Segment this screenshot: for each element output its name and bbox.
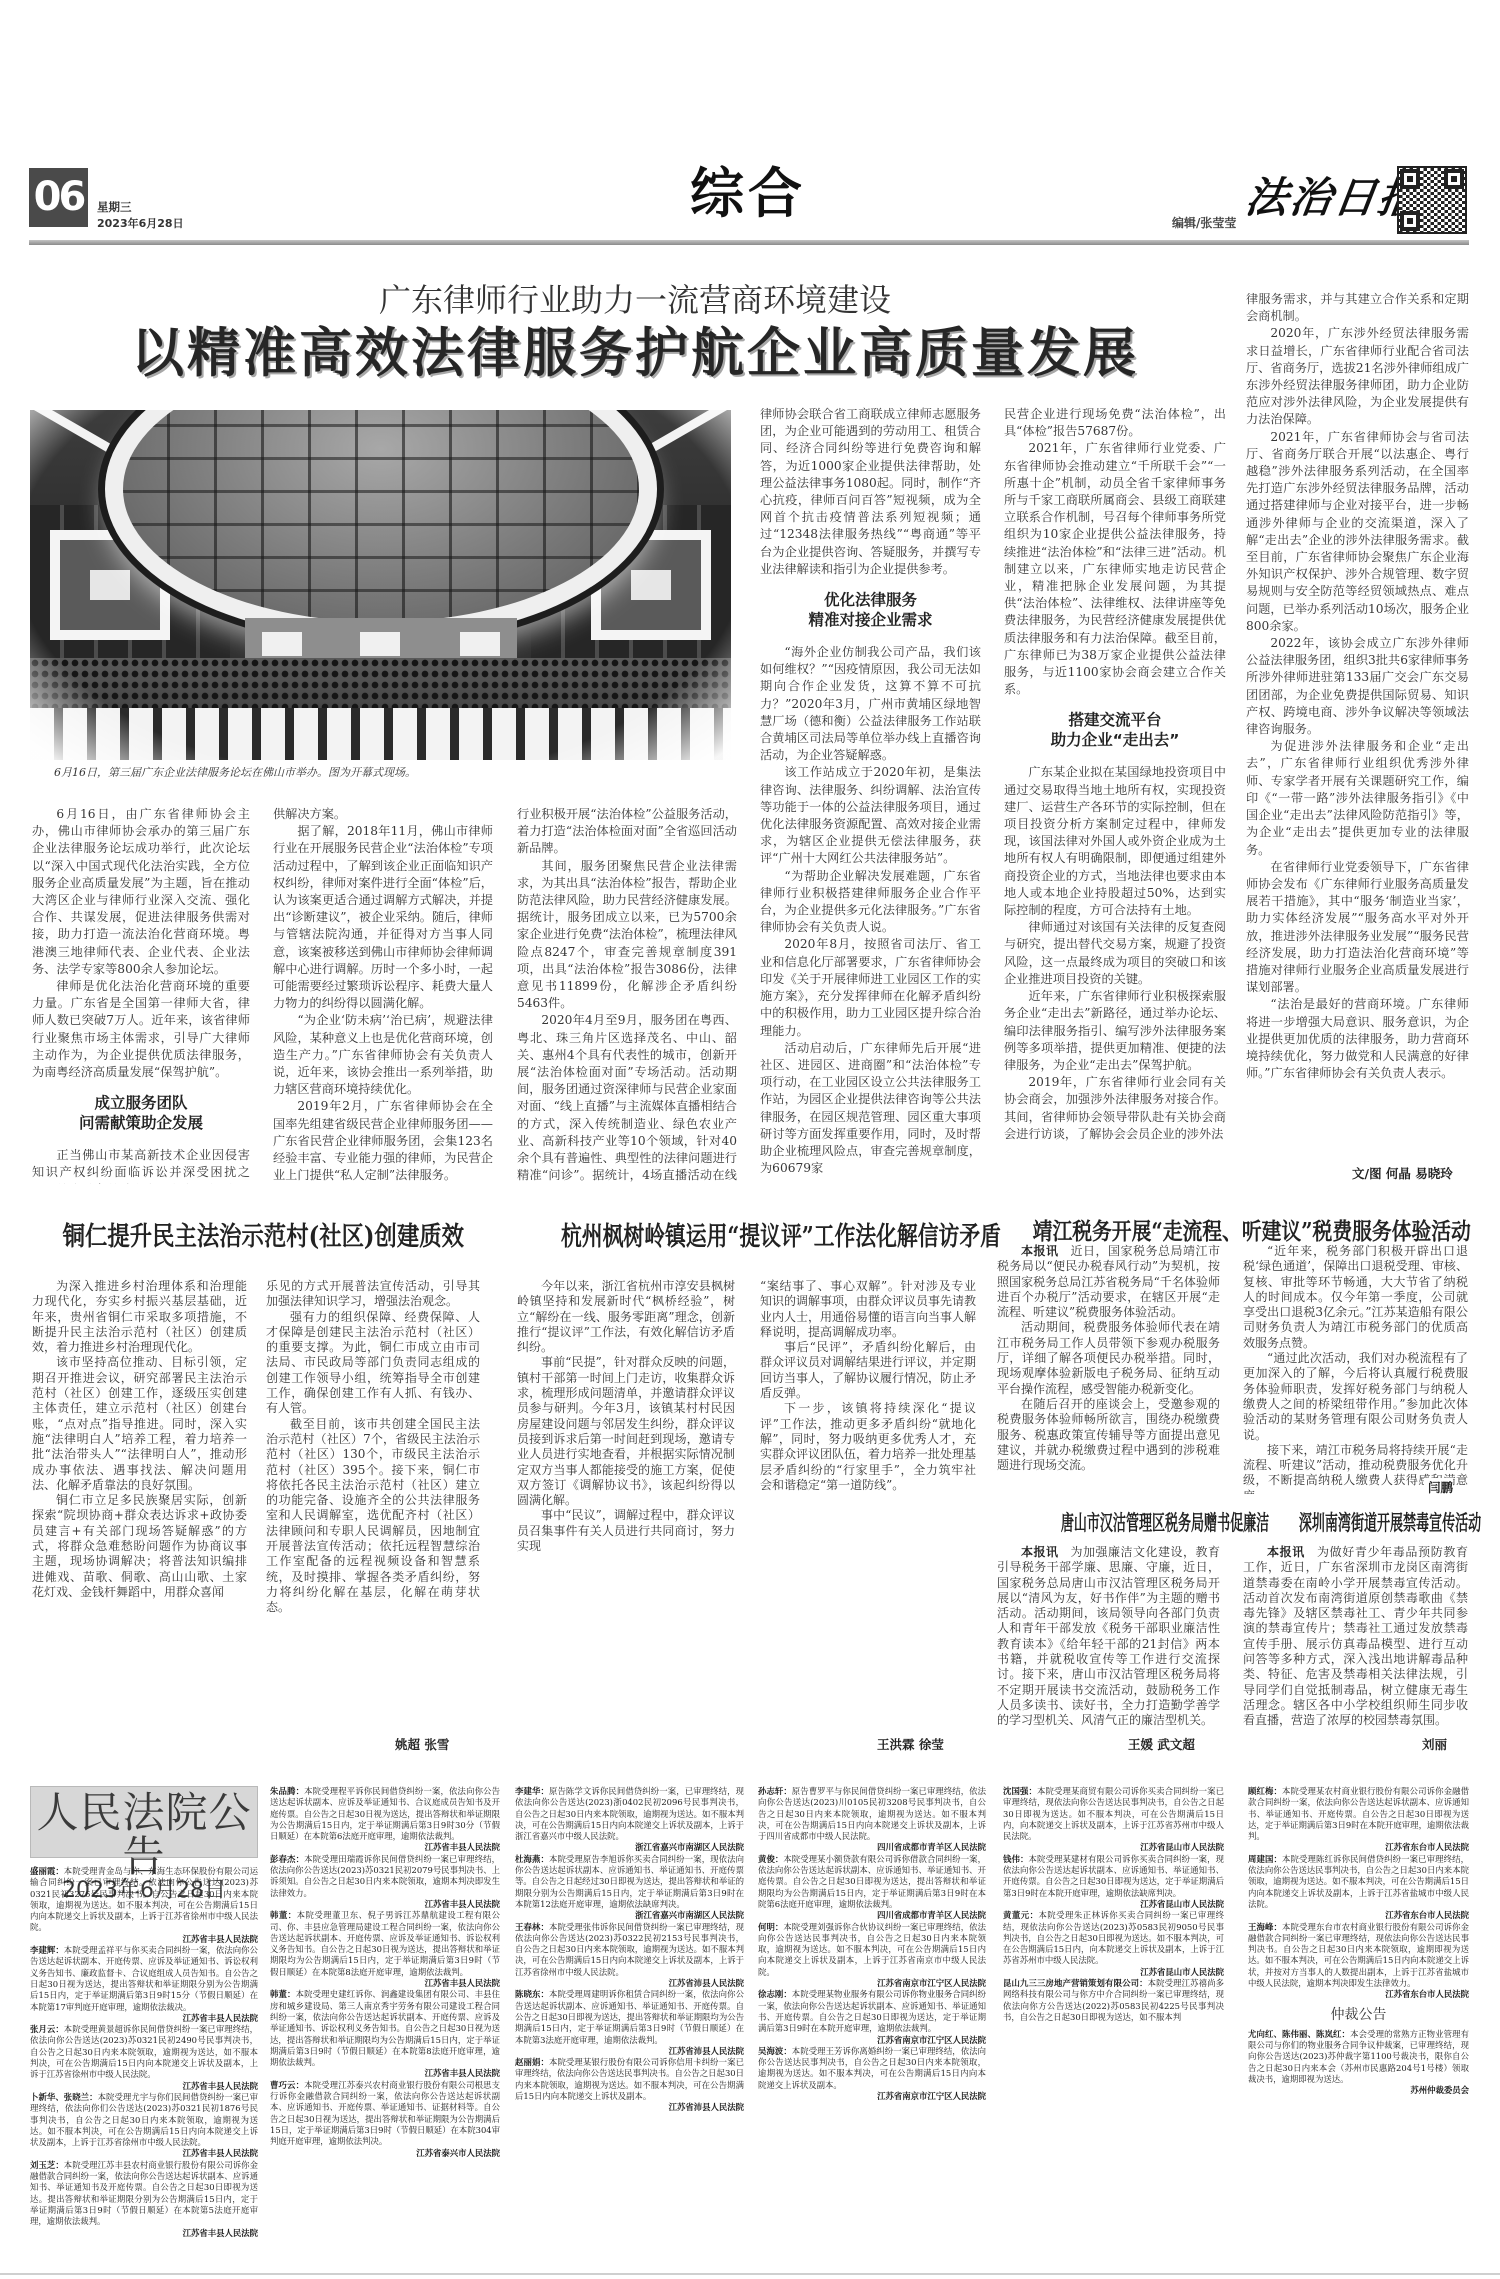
text-block: 事中“民议”，调解过程中，群众评议员召集事件有关人员进行共同商讨，努力实现 <box>517 1508 735 1554</box>
text-block: 行业积极开展“法治体检”公益服务活动，着力打造“法治体检面对面”全省巡回活动新品… <box>517 806 737 858</box>
text: 铜仁市立足多民族聚居实际，创新探索“院坝协商+群众表达诉求+政协委员建言+有关部… <box>32 1493 247 1599</box>
editor-credit: 编辑/张莹莹 <box>1172 214 1236 231</box>
notice-text: 本院受理东台市农村商业银行股份有限公司诉你金融借款合同纠纷一案已审理终结，现依法… <box>1248 1922 1469 1988</box>
issuing-court: 江苏省丰县人民法院 <box>270 1899 500 1910</box>
notice-party: 卜新华、张晓兰： <box>30 2092 98 2102</box>
issuing-court: 江苏省丰县人民法院 <box>270 1842 500 1853</box>
notice-text: 本院受理某建材有限公司诉你买卖合同纠纷一案，现依法向你公告送达起诉状副本、应诉通… <box>1003 1854 1224 1898</box>
court-notice: 韩董：本院受理史建红诉你、润鑫建设集团有限公司、丰县住房和城乡建设局、第三人南京… <box>270 1989 500 2079</box>
court-notice: 王海峰：本院受理东台市农村商业银行股份有限公司诉你金融借款合同纠纷一案已审理终结… <box>1248 1922 1469 2001</box>
notice-party: 朱品腾： <box>270 1786 304 1796</box>
notice-party: 曹巧云： <box>270 2080 304 2090</box>
notice-body: 尤向红、陈伟丽、陈岚红：本会受理的常熟方正物业管理有限公司与你们的物业服务合同争… <box>1248 2029 1469 2085</box>
text-block: “为帮助企业解决发展难题，广东省律师行业积极搭建律师服务企业合作平台，为企业提供… <box>760 868 981 937</box>
notice-party: 顾红梅： <box>1248 1786 1282 1796</box>
text: 2021年，广东省律师协会与省司法厅、省商务厅联合开展“以法惠企、粤行越稳”涉外… <box>1246 430 1469 633</box>
text-block: 2022年，该协会成立广东涉外律师公益法律服务团，组织3批共6家律师事务所涉外律… <box>1246 635 1469 738</box>
text: 律师协会联合省工商联成立律师志愿服务团，为企业可能遇到的劳动用工、租赁合同、经济… <box>760 407 981 576</box>
notice-party: 张月云： <box>30 2024 64 2034</box>
notice-column: 顾红梅：本院受理某农村商业银行股份有限公司诉你金融借款合同纠纷一案，依法向你公告… <box>1248 1786 1469 2236</box>
text: 事前“民提”，针对群众反映的问题，镇村干部第一时间上门走访，收集群众诉求，梳理形… <box>517 1355 735 1507</box>
issuing-court: 江苏省丰县人民法院 <box>30 2148 258 2159</box>
notice-body: 何明：本院受理刘强诉你合伙协议纠纷一案已审理终结，依法向你公告送达民事判决书，自… <box>758 1922 986 1978</box>
issuing-court: 江苏省丰县人民法院 <box>30 2228 258 2239</box>
notice-body: 黄董元：本院受理朱正林诉你买卖合同纠纷一案已审理终结，现依法向你公告送达(202… <box>1003 1910 1224 1966</box>
text: 活动启动后，广东律师先后开展“进社区、进园区、进商圈”和“法治体检”专项行动，在… <box>760 1041 981 1175</box>
notice-body: 韩董：本院受理史建红诉你、润鑫建设集团有限公司、丰县住房和城乡建设局、第三人南京… <box>270 1989 500 2068</box>
text: 律服务需求，并与其建立合作关系和定期会商机制。 <box>1246 292 1469 323</box>
text-block: “案结事了、事心双解”。针对涉及专业知识的调解事项，由群众评议员事先请教业内人士… <box>760 1279 976 1340</box>
text: 成立服务团队 问需献策助企发展 <box>79 1094 203 1132</box>
court-notice: 王春林：本院受理张伟诉你民间借贷纠纷一案已审理终结，现依法向你公告送达(2023… <box>515 1922 744 1990</box>
text: 律师是优化法治化营商环境的重要力量。广东省是全国第一律师大省，律师人数已突破7万… <box>32 979 250 1079</box>
notice-text: 本院受理孟祥平与你买卖合同纠纷一案，依法向你公告送达起诉状副本、开庭传票、应诉及… <box>30 1945 258 2011</box>
article-headline: 靖江税务开展“走流程、听建议”税费服务体验活动 <box>997 1218 1469 1246</box>
notice-body: 孙志轩：原告曹罗平与你民间借贷纠纷一案已审理终结，依法向你公告送达(2023)川… <box>758 1786 986 1842</box>
text: 今年以来，浙江省杭州市淳安县枫树岭镇坚持和发展新时代“枫桥经验”，树立“解纷在一… <box>517 1279 735 1354</box>
notice-party: 何明： <box>758 1922 783 1932</box>
issuing-court: 江苏省南京市江宁区人民法院 <box>758 2035 986 2046</box>
text-block: 律师协会联合省工商联成立律师志愿服务团，为企业可能遇到的劳动用工、租赁合同、经济… <box>760 406 981 578</box>
text-block: 搭建交流平台 助力企业“走出去” <box>1004 711 1226 750</box>
issuing-court: 苏州仲裁委员会 <box>1248 2085 1469 2096</box>
headline-text: 杭州枫树岭镇运用“提议评”工作法化解信访矛盾 <box>561 1222 1001 1252</box>
text-block: “为企业‘防未病’‘治已病’，规避法律风险，某种意义上也是优化营商环境，创造生产… <box>273 1012 493 1098</box>
text-block: 本报讯为加强廉洁文化建设，教育引导税务干部学廉、思廉、守廉，近日，国家税务总局唐… <box>997 1545 1220 1729</box>
text-block: 其间，服务团聚焦民营企业法律需求，为其出具“法治体检”报告，帮助企业防范法律风险… <box>517 858 737 1013</box>
court-notice: 钱伟：本院受理某建材有限公司诉你买卖合同纠纷一案，现依法向你公告送达起诉状副本、… <box>1003 1854 1224 1910</box>
notice-text: 本院受理王芳诉你离婚纠纷一案已审理终结，依法向你公告送达民事判决书，自公告之日起… <box>758 2046 986 2090</box>
text-block: 截至目前，该市共创建全国民主法治示范村（社区）7个，省级民主法治示范村（社区）1… <box>266 1417 480 1616</box>
text-block: 民营企业进行现场免费“法治体检”，出具“体检”报告57687份。 <box>1004 406 1226 440</box>
notice-text: 本院受理张伟诉你民间借贷纠纷一案已审理终结，现依法向你公告送达(2023)苏03… <box>515 1922 744 1977</box>
notice-text: 本院受理陈红诉你民间借贷纠纷一案已审理终结，依法向你公告送达民事判决书，自公告之… <box>1248 1854 1469 1909</box>
section-title: 综合 <box>690 162 806 226</box>
text-block: 律师是优化法治化营商环境的重要力量。广东省是全国第一律师大省，律师人数已突破7万… <box>32 978 250 1081</box>
article-byline: 闫鹏 <box>1424 1478 1453 1496</box>
article-headline: 深圳南湾街道开展禁毒宣传活动 <box>1243 1510 1468 1536</box>
notice-party: 李建华： <box>515 1786 549 1796</box>
notice-text: 本院受理原告李旭诉你买卖合同纠纷一案，现依法向你公告送达起诉状副本、应诉通知书、… <box>515 1854 744 1909</box>
text-block: 2019年2月，广东省律师协会在全国率先组建省级民营企业律师服务团——广东省民营… <box>273 1098 493 1184</box>
lead-byline: 文/图 何晶 易晓玲 <box>1352 1164 1453 1182</box>
text-block: 在省律师行业党委领导下，广东省律师协会发布《广东律师行业服务高质量发展若干措施》… <box>1246 859 1469 997</box>
issuing-court: 江苏省沛县人民法院 <box>515 2102 744 2113</box>
court-notice: 仲裁公告尤向红、陈伟丽、陈岚红：本会受理的常熟方正物业管理有限公司与你们的物业服… <box>1248 2003 1469 2097</box>
issue-date: 2023年6月28日 <box>97 215 184 231</box>
text: 下一步，该镇将持续深化“提议评”工作法，推动更多矛盾纠纷“就地化解”，同时，努力… <box>760 1401 976 1491</box>
lead-column-1: 6月16日，由广东省律师协会主办，佛山市律师协会承办的第三届广东企业法律服务论坛… <box>32 806 250 1184</box>
notice-body: 周建国：本院受理陈红诉你民间借贷纠纷一案已审理终结，依法向你公告送达民事判决书，… <box>1248 1854 1469 1910</box>
text-block: 下一步，该镇将持续深化“提议评”工作法，推动更多矛盾纠纷“就地化解”，同时，努力… <box>760 1401 976 1493</box>
issuing-court: 江苏省南京市江宁区人民法院 <box>758 2091 986 2102</box>
issuing-court: 江苏省沛县人民法院 <box>515 1978 744 1989</box>
lead-column-3: 行业积极开展“法治体检”公益服务活动，着力打造“法治体检面对面”全省巡回活动新品… <box>517 806 737 1184</box>
text: 事中“民议”，调解过程中，群众评议员召集事件有关人员进行共同商讨，努力实现 <box>517 1508 735 1553</box>
notice-party: 孙志轩： <box>758 1786 792 1796</box>
text-block: “通过此次活动，我们对办税流程有了更加深入的了解，今后将认真履行税费服务体验师职… <box>1243 1351 1468 1443</box>
qr-finder-icon <box>1400 169 1420 189</box>
notice-text: 原告陈学文诉你民间借贷纠纷一案，已审理终结，现依法向你公告送达(2023)浙04… <box>515 1786 744 1841</box>
notice-body: 沈国强：本院受理某商贸有限公司诉你买卖合同纠纷一案已审理终结，现依法向你公告送达… <box>1003 1786 1224 1842</box>
text-block: 该工作站成立于2020年初，是集法律咨询、法律服务、纠纷调解、法治宣传等功能于一… <box>760 764 981 867</box>
qr-code-icon <box>1397 166 1467 234</box>
issuing-court: 江苏省东台市人民法院 <box>1248 1910 1469 1921</box>
notice-body: 徐志刚：本院受理某物业服务有限公司诉你物业服务合同纠纷一案，依法向你公告送达起诉… <box>758 1989 986 2034</box>
court-notice: 张月云：本院受理黄景超诉你民间借贷纠纷一案已审理终结，依法向你公告送达(2023… <box>30 2024 258 2092</box>
issuing-court: 四川省成都市青羊区人民法院 <box>758 1842 986 1853</box>
text: 为深入推进乡村治理体系和治理能力现代化，夯实乡村振兴基层基础，近年来，贵州省铜仁… <box>32 1279 247 1354</box>
notice-body: 彭春杰：本院受理田瑞霞诉你民间借贷纠纷一案已审理终结，依法向你公告送达(2023… <box>270 1854 500 1899</box>
text: 近年来，广东省律师行业积极探索服务企业“走出去”新路径，通过举办论坛、编印法律服… <box>1004 989 1226 1072</box>
text-block: 强有力的组织保障、经费保障、人才保障是创建民主法治示范村（社区）的重要支撑。为此… <box>266 1310 480 1417</box>
text-block: 本报讯近日，国家税务总局靖江市税务局以“便民办税春风行动”为契机，按照国家税务总… <box>997 1244 1220 1320</box>
notice-text: 本院受理程平诉你民间借贷纠纷一案，依法向你公告送达起诉状副本、应诉及举证通知书、… <box>270 1786 500 1841</box>
text-block: 今年以来，浙江省杭州市淳安县枫树岭镇坚持和发展新时代“枫桥经验”，树立“解纷在一… <box>517 1279 735 1355</box>
notice-text: 原告曹罗平与你民间借贷纠纷一案已审理终结，依法向你公告送达(2023)川0105… <box>758 1786 986 1841</box>
article-column: “近年来，税务部门积极开辟出口退税‘绿色通道’，保障出口退税受理、审核、复核、审… <box>1243 1244 1468 1494</box>
notice-party: 刘玉芝： <box>30 2160 64 2170</box>
court-notice: 曹巧云：本院受理江苏泰兴农村商业银行股份有限公司根思支行诉你金融借款合同纠纷一案… <box>270 2080 500 2159</box>
notice-column: 沈国强：本院受理某商贸有限公司诉你买卖合同纠纷一案已审理终结，现依法向你公告送达… <box>1003 1786 1224 2236</box>
notice-party: 黄俊： <box>758 1854 783 1864</box>
issuing-court: 江苏省沛县人民法院 <box>515 2046 744 2057</box>
notice-body: 李建辉：本院受理孟祥平与你买卖合同纠纷一案，依法向你公告送达起诉状副本、开庭传票… <box>30 1945 258 2013</box>
text-block: 律服务需求，并与其建立合作关系和定期会商机制。 <box>1246 291 1469 325</box>
issuing-court: 江苏省丰县人民法院 <box>30 2081 258 2092</box>
notice-body: 盛丽霞：本院受理青金岛与你、东海生态环保股份有限公司运输合同纠纷一案已审理终结。… <box>30 1866 258 1934</box>
dateline: 本报讯 <box>1021 1545 1059 1559</box>
notice-text: 本院受理某物业服务有限公司诉你物业服务合同纠纷一案，依法向你公告送达起诉状副本、… <box>758 1989 986 2033</box>
text-block: 在随后召开的座谈会上，受邀参观的税费服务体验师畅所欲言，围绕办税缴费服务、税惠政… <box>997 1397 1220 1473</box>
notice-party: 王春林： <box>515 1922 549 1932</box>
dateline: 本报讯 <box>1267 1545 1305 1559</box>
text: 2021年，广东省律师行业党委、广东省律师协会推动建立“千所联千会”“一所惠十企… <box>1004 441 1226 696</box>
court-notice: 周建国：本院受理陈红诉你民间借贷纠纷一案已审理终结，依法向你公告送达民事判决书，… <box>1248 1854 1469 1922</box>
text-block: 2020年，广东涉外经贸法律服务需求日益增长，广东省律师行业配合省司法厅、省商务… <box>1246 325 1469 428</box>
court-notice: 卜新华、张晓兰：本院受理尤宇与你们民间借贷纠纷一案已审理终结，依法向你们公告送达… <box>30 2092 258 2160</box>
notice-heading: 仲裁公告 <box>1248 2003 1469 2027</box>
court-notice: 刘玉芝：本院受理江苏丰县农村商业银行股份有限公司诉你金融借款合同纠纷一案，依法向… <box>30 2160 258 2238</box>
text-block: 活动启动后，广东律师先后开展“进社区、进园区、进商圈”和“法治体检”专项行动，在… <box>760 1040 981 1178</box>
lead-column-6: 律服务需求，并与其建立合作关系和定期会商机制。2020年，广东涉外经贸法律服务需… <box>1246 291 1469 1159</box>
court-notice-banner: 人民法院公告 2023年6月28日 <box>30 1786 258 1858</box>
court-notice: 杜海燕：本院受理原告李旭诉你买卖合同纠纷一案，现依法向你公告送达起诉状副本、应诉… <box>515 1854 744 1922</box>
notice-party: 彭春杰： <box>270 1854 304 1864</box>
article-headline: 唐山市汉沽管理区税务局赠书促廉洁 <box>997 1510 1220 1536</box>
text: 为做好青少年毒品预防教育工作，近日，广东省深圳市龙岗区南湾街道禁毒委在南岭小学开… <box>1243 1545 1468 1727</box>
notice-body: 钱伟：本院受理某建材有限公司诉你买卖合同纠纷一案，现依法向你公告送达起诉状副本、… <box>1003 1854 1224 1899</box>
text: 行业积极开展“法治体检”公益服务活动，着力打造“法治体检面对面”全省巡回活动新品… <box>517 807 737 855</box>
notice-party: 昆山九三三房地产营销策划有限公司： <box>1003 1978 1148 1988</box>
notice-party: 盛丽霞： <box>30 1866 64 1876</box>
text: 2020年8月，按照省司法厅、省工业和信息化厅部署要求，广东省律师协会印发《关于… <box>760 937 981 1037</box>
notice-body: 陈晓东：本院受理周建明诉你租赁合同纠纷一案，依法向你公告送达起诉状副本、应诉通知… <box>515 1989 744 2045</box>
issuing-court: 江苏省丰县人民法院 <box>270 2068 500 2079</box>
article-column: 本报讯近日，国家税务总局靖江市税务局以“便民办税春风行动”为契机，按照国家税务总… <box>997 1244 1220 1494</box>
conference-photo <box>30 410 731 760</box>
issuing-court: 江苏省昆山市人民法院 <box>1003 1842 1224 1853</box>
text-block: 优化法律服务 精准对接企业需求 <box>760 591 981 630</box>
article-column: 今年以来，浙江省杭州市淳安县枫树岭镇坚持和发展新时代“枫桥经验”，树立“解纷在一… <box>517 1279 735 1757</box>
notice-text: 本院受理黄景超诉你民间借贷纠纷一案已审理终结，依法向你公告送达(2023)苏03… <box>30 2024 258 2079</box>
article-byline: 姚超 张雪 <box>395 1735 449 1753</box>
article-column: 为深入推进乡村治理体系和治理能力现代化，夯实乡村振兴基层基础，近年来，贵州省铜仁… <box>32 1279 247 1757</box>
text: “为企业‘防未病’‘治已病’，规避法律风险，某种意义上也是优化营商环境，创造生产… <box>273 1013 493 1096</box>
text-block: 供解决方案。 <box>273 806 493 823</box>
notice-party: 李建辉： <box>30 1945 64 1955</box>
notice-text: 本院受理某小额贷款有限公司诉你借款合同纠纷一案，依法向你公告送达起诉状副本、应诉… <box>758 1854 986 1909</box>
text-block: “海外企业仿制我公司产品，我们该如何维权？”“因疫情原因，我公司无法如期向合作企… <box>760 644 981 764</box>
text: “为帮助企业解决发展难题，广东省律师行业积极搭建律师服务企业合作平台，为企业提供… <box>760 869 981 935</box>
text-block: “法治是最好的营商环境。广东律师将进一步增强大局意识、服务意识，为企业提供更加优… <box>1246 996 1469 1082</box>
text: 2020年4月至9月，服务团在粤西、粤北、珠三角片区选择茂名、中山、韶关、惠州4… <box>517 1013 737 1184</box>
notice-text: 本院受理某银行股份有限公司诉你信用卡纠纷一案已审理终结，依法向你公告送达民事判决… <box>515 2057 744 2101</box>
text-block: 正当佛山市某高新技术企业因侵害知识产权纠纷面临诉讼并深受困扰之际，该市律师协会组… <box>32 1147 250 1184</box>
headline-text: 唐山市汉沽管理区税务局赠书促廉洁 <box>1061 1510 1269 1536</box>
article-byline: 刘丽 <box>1422 1735 1447 1753</box>
issuing-court: 江苏省昆山市人民法院 <box>1003 1899 1224 1910</box>
text: 律师通过对该国有关法律的反复查阅与研究，提出替代交易方案，规避了投资风险，这一点… <box>1004 920 1226 986</box>
text: 该工作站成立于2020年初，是集法律咨询、法律服务、纠纷调解、法治宣传等功能于一… <box>760 765 981 865</box>
notice-column: 盛丽霞：本院受理青金岛与你、东海生态环保股份有限公司运输合同纠纷一案已审理终结。… <box>30 1866 258 2238</box>
text: “案结事了、事心双解”。针对涉及专业知识的调解事项，由群众评议员事先请教业内人士… <box>760 1279 976 1339</box>
text: 乐见的方式开展普法宣传活动，引导其加强法律知识学习，增强法治观念。 <box>266 1279 480 1308</box>
notice-column: 朱品腾：本院受理程平诉你民间借贷纠纷一案，依法向你公告送达起诉状副本、应诉及举证… <box>270 1786 500 2238</box>
notice-body: 韩董：本院受理董卫东、倪子男诉江苏鼎航建设工程有限公司、你、丰县应急管理局建设工… <box>270 1910 500 1978</box>
article-column: “案结事了、事心双解”。针对涉及专业知识的调解事项，由群众评议员事先请教业内人士… <box>760 1279 976 1731</box>
notice-body: 刘玉芝：本院受理江苏丰县农村商业银行股份有限公司诉你金融借款合同纠纷一案，依法向… <box>30 2160 258 2228</box>
text: 为促进涉外法律服务和企业“走出去”，广东省律师行业组织优秀涉外律师、专家学者开展… <box>1246 739 1469 856</box>
court-notice: 黄俊：本院受理某小额贷款有限公司诉你借款合同纠纷一案，依法向你公告送达起诉状副本… <box>758 1854 986 1922</box>
notice-body: 顾红梅：本院受理某农村商业银行股份有限公司诉你金融借款合同纠纷一案，依法向你公告… <box>1248 1786 1469 1842</box>
text: “通过此次活动，我们对办税流程有了更加深入的了解，今后将认真履行税费服务体验师职… <box>1243 1351 1468 1441</box>
notice-body: 赵丽娟：本院受理某银行股份有限公司诉你信用卡纠纷一案已审理终结，依法向你公告送达… <box>515 2057 744 2102</box>
article-byline: 王洪霖 徐莹 <box>877 1735 944 1753</box>
text-block: 该市坚持高位推动、目标引领，定期召开推进会议，研究部署民主法治示范村（社区）创建… <box>32 1355 247 1493</box>
text: 截至目前，该市共创建全国民主法治示范村（社区）7个，省级民主法治示范村（社区）1… <box>266 1417 480 1615</box>
lead-column-2: 供解决方案。据了解，2018年11月，佛山市律师行业在开展服务民营企业“法治体检… <box>273 806 493 1184</box>
text-block: 活动期间，税费服务体验师代表在靖江市税务局工作人员带领下参观办税服务厅，详细了解… <box>997 1320 1220 1396</box>
headline-text: 深圳南湾街道开展禁毒宣传活动 <box>1299 1510 1481 1536</box>
text-block: 事前“民提”，针对群众反映的问题，镇村干部第一时间上门走访，收集群众诉求，梳理形… <box>517 1355 735 1508</box>
page-number: 06 <box>29 168 88 227</box>
court-notice: 徐志刚：本院受理某物业服务有限公司诉你物业服务合同纠纷一案，依法向你公告送达起诉… <box>758 1989 986 2045</box>
text-block: 据了解，2018年11月，佛山市律师行业在开展服务民营企业“法治体检”专项活动过… <box>273 823 493 1012</box>
issuing-court: 江苏省昆山市人民法院 <box>1003 1967 1224 1978</box>
text: 6月16日，由广东省律师协会主办，佛山市律师协会承办的第三届广东企业法律服务论坛… <box>32 807 250 976</box>
text: 在省律师行业党委领导下，广东省律师协会发布《广东律师行业服务高质量发展若干措施》… <box>1246 860 1469 994</box>
court-notice: 韩董：本院受理董卫东、倪子男诉江苏鼎航建设工程有限公司、你、丰县应急管理局建设工… <box>270 1910 500 1989</box>
court-notice: 朱品腾：本院受理程平诉你民间借贷纠纷一案，依法向你公告送达起诉状副本、应诉及举证… <box>270 1786 500 1854</box>
court-notice: 沈国强：本院受理某商贸有限公司诉你买卖合同纠纷一案已审理终结，现依法向你公告送达… <box>1003 1786 1224 1854</box>
text: 搭建交流平台 助力企业“走出去” <box>1051 711 1180 749</box>
notice-body: 卜新华、张晓兰：本院受理尤宇与你们民间借贷纠纷一案已审理终结，依法向你们公告送达… <box>30 2092 258 2148</box>
text-block: 成立服务团队 问需献策助企发展 <box>32 1094 250 1133</box>
court-notice: 盛丽霞：本院受理青金岛与你、东海生态环保股份有限公司运输合同纠纷一案已审理终结。… <box>30 1866 258 1945</box>
notice-party: 黄董元： <box>1003 1910 1038 1920</box>
notice-party: 吴海波： <box>758 2046 792 2056</box>
text: 2019年2月，广东省律师协会在全国率先组建省级民营企业律师服务团——广东省民营… <box>273 1099 493 1182</box>
court-notice: 昆山九三三房地产营销策划有限公司：本院受理江苏禧尚多网络科技有限公司与你方中介合… <box>1003 1978 1224 2023</box>
text: “法治是最好的营商环境。广东律师将进一步增强大局意识、服务意识，为企业提供更加优… <box>1246 997 1469 1080</box>
notice-party: 韩董： <box>270 1989 296 1999</box>
court-notice: 何明：本院受理刘强诉你合伙协议纠纷一案已审理终结，依法向你公告送达民事判决书，自… <box>758 1922 986 1990</box>
notice-text: 本院受理刘强诉你合伙协议纠纷一案已审理终结，依法向你公告送达民事判决书，自公告之… <box>758 1922 986 1977</box>
masthead-rule <box>29 240 1469 245</box>
notice-party: 钱伟： <box>1003 1854 1029 1864</box>
text-block: 近年来，广东省律师行业积极探索服务企业“走出去”新路径，通过举办论坛、编印法律服… <box>1004 988 1226 1074</box>
notice-party: 韩董： <box>270 1910 297 1920</box>
qr-finder-icon <box>1444 169 1464 189</box>
page-bottom-rule <box>0 2273 1500 2275</box>
qr-finder-icon <box>1400 211 1420 231</box>
notice-party: 周建国： <box>1248 1854 1282 1864</box>
lead-headline: 以精准高效法律服务护航企业高质量发展 <box>30 322 1240 386</box>
issuing-court: 江苏省东台市人民法院 <box>1248 1989 1469 2000</box>
notice-column: 李建华：原告陈学文诉你民间借贷纠纷一案，已审理终结，现依法向你公告送达(2023… <box>515 1786 744 2238</box>
issuing-court: 四川省成都市青羊区人民法院 <box>758 1910 986 1921</box>
notice-text: 本院受理江苏泰兴农村商业银行股份有限公司根思支行诉你金融借款合同纠纷一案，依法向… <box>270 2080 500 2146</box>
text: 供解决方案。 <box>273 807 346 821</box>
notice-party: 陈晓东： <box>515 1989 549 1999</box>
text-block: 为促进涉外法律服务和企业“走出去”，广东省律师行业组织优秀涉外律师、专家学者开展… <box>1246 738 1469 858</box>
text: 正当佛山市某高新技术企业因侵害知识产权纠纷面临诉讼并深受困扰之际，该市律师协会组… <box>32 1148 250 1184</box>
court-notice: 顾红梅：本院受理某农村商业银行股份有限公司诉你金融借款合同纠纷一案，依法向你公告… <box>1248 1786 1469 1854</box>
notice-body: 杜海燕：本院受理原告李旭诉你买卖合同纠纷一案，现依法向你公告送达起诉状副本、应诉… <box>515 1854 744 1910</box>
notice-party: 沈国强： <box>1003 1786 1037 1796</box>
lead-column-4: 律师协会联合省工商联成立律师志愿服务团，为企业可能遇到的劳动用工、租赁合同、经济… <box>760 406 981 1184</box>
notice-body: 昆山九三三房地产营销策划有限公司：本院受理江苏禧尚多网络科技有限公司与你方中介合… <box>1003 1978 1224 2023</box>
notice-body: 朱品腾：本院受理程平诉你民间借贷纠纷一案，依法向你公告送达起诉状副本、应诉及举证… <box>270 1786 500 1842</box>
text-block: 为深入推进乡村治理体系和治理能力现代化，夯实乡村振兴基层基础，近年来，贵州省铜仁… <box>32 1279 247 1355</box>
notice-text: 本院受理江苏丰县农村商业银行股份有限公司诉你金融借款合同纠纷一案，依法向你公告送… <box>30 2160 258 2226</box>
text-block: 铜仁市立足多民族聚居实际，创新探索“院坝协商+群众表达诉求+政协委员建言+有关部… <box>32 1493 247 1600</box>
text-block: 事后“民评”，矛盾纠纷化解后，由群众评议员对调解结果进行评议，并定期回访当事人，… <box>760 1340 976 1401</box>
notice-party: 杜海燕： <box>515 1854 549 1864</box>
article-headline: 杭州枫树岭镇运用“提议评”工作法化解信访矛盾 <box>506 1222 976 1252</box>
article-column: 本报讯为加强廉洁文化建设，教育引导税务干部学廉、思廉、守廉，近日，国家税务总局唐… <box>997 1545 1220 1731</box>
notice-body: 王春林：本院受理张伟诉你民间借贷纠纷一案已审理终结，现依法向你公告送达(2023… <box>515 1922 744 1978</box>
notice-text: 本院受理田瑞霞诉你民间借贷纠纷一案已审理终结，依法向你公告送达(2023)苏03… <box>270 1854 500 1898</box>
photo-vignette <box>30 410 731 760</box>
article-headline: 铜仁提升民主法治示范村(社区)创建质效 <box>30 1222 482 1252</box>
text: 民营企业进行现场免费“法治体检”，出具“体检”报告57687份。 <box>1004 407 1226 438</box>
notice-party: 尤向红、陈伟丽、陈岚红： <box>1248 2029 1350 2039</box>
issuing-court: 江苏省泰兴市人民法院 <box>270 2148 500 2159</box>
text: 优化法律服务 精准对接企业需求 <box>808 591 932 629</box>
article-byline: 王媛 武文超 <box>1128 1735 1195 1753</box>
notice-column: 孙志轩：原告曹罗平与你民间借贷纠纷一案已审理终结，依法向你公告送达(2023)川… <box>758 1786 986 2238</box>
notice-body: 李建华：原告陈学文诉你民间借贷纠纷一案，已审理终结，现依法向你公告送达(2023… <box>515 1786 744 1842</box>
text: “海外企业仿制我公司产品，我们该如何维权？”“因疫情原因，我公司无法如期向合作企… <box>760 645 981 762</box>
notice-text: 本院受理周建明诉你租赁合同纠纷一案，依法向你公告送达起诉状副本、应诉通知书、举证… <box>515 1989 744 2044</box>
court-notice: 陈晓东：本院受理周建明诉你租赁合同纠纷一案，依法向你公告送达起诉状副本、应诉通知… <box>515 1989 744 2057</box>
issuing-court: 浙江省嘉兴市南湖区人民法院 <box>515 1842 744 1853</box>
court-notice: 黄董元：本院受理朱正林诉你买卖合同纠纷一案已审理终结，现依法向你公告送达(202… <box>1003 1910 1224 1978</box>
headline-text: 铜仁提升民主法治示范村(社区)创建质效 <box>63 1222 464 1252</box>
text: 在随后召开的座谈会上，受邀参观的税费服务体验师畅所欲言，围绕办税缴费服务、税惠政… <box>997 1397 1220 1472</box>
court-notice: 李建华：原告陈学文诉你民间借贷纠纷一案，已审理终结，现依法向你公告送达(2023… <box>515 1786 744 1854</box>
dateline: 本报讯 <box>1021 1244 1059 1258</box>
notice-text: 本院受理某农村商业银行股份有限公司诉你金融借款合同纠纷一案，依法向你公告送达起诉… <box>1248 1786 1469 1841</box>
text-block: 2020年4月至9月，服务团在粤西、粤北、珠三角片区选择茂名、中山、韶关、惠州4… <box>517 1012 737 1184</box>
text: 强有力的组织保障、经费保障、人才保障是创建民主法治示范村（社区）的重要支撑。为此… <box>266 1310 480 1416</box>
court-notice: 孙志轩：原告曹罗平与你民间借贷纠纷一案已审理终结，依法向你公告送达(2023)川… <box>758 1786 986 1854</box>
text-block: 本报讯为做好青少年毒品预防教育工作，近日，广东省深圳市龙岗区南湾街道禁毒委在南岭… <box>1243 1545 1468 1729</box>
notice-body: 张月云：本院受理黄景超诉你民间借贷纠纷一案已审理终结，依法向你公告送达(2023… <box>30 2024 258 2080</box>
text: 2019年，广东省律师行业会同有关协会商会，加强涉外法律服务对接合作。其间，省律… <box>1004 1075 1226 1141</box>
text: 该市坚持高位推动、目标引领，定期召开推进会议，研究部署民主法治示范村（社区）创建… <box>32 1355 247 1491</box>
issuing-court: 江苏省东台市人民法院 <box>1248 1842 1469 1853</box>
text-block: 乐见的方式开展普法宣传活动，引导其加强法律知识学习，增强法治观念。 <box>266 1279 480 1310</box>
lead-column-5: 民营企业进行现场免费“法治体检”，出具“体检”报告57687份。2021年，广东… <box>1004 406 1226 1184</box>
text: 广东某企业拟在某国绿地投资项目中通过交易取得当地土地所有权，实现投资建厂、运营生… <box>1004 765 1226 917</box>
text-block: 律师通过对该国有关法律的反复查阅与研究，提出替代交易方案，规避了投资风险，这一点… <box>1004 919 1226 988</box>
notice-party: 赵丽娟： <box>515 2057 549 2067</box>
text-block: “近年来，税务部门积极开辟出口退税‘绿色通道’，保障出口退税受理、审核、复核、审… <box>1243 1244 1468 1351</box>
notice-text: 本院受理青金岛与你、东海生态环保股份有限公司运输合同纠纷一案已审理终结。依法向你… <box>30 1866 258 1932</box>
court-notice: 彭春杰：本院受理田瑞霞诉你民间借贷纠纷一案已审理终结，依法向你公告送达(2023… <box>270 1854 500 1910</box>
article-column: 乐见的方式开展普法宣传活动，引导其加强法律知识学习，增强法治观念。强有力的组织保… <box>266 1279 480 1731</box>
notice-party: 徐志刚： <box>758 1989 792 1999</box>
text: 2020年，广东涉外经贸法律服务需求日益增长，广东省律师行业配合省司法厅、省商务… <box>1246 326 1469 426</box>
court-notice: 赵丽娟：本院受理某银行股份有限公司诉你信用卡纠纷一案已审理终结，依法向你公告送达… <box>515 2057 744 2113</box>
text: 活动期间，税费服务体验师代表在靖江市税务局工作人员带领下参观办税服务厅，详细了解… <box>997 1320 1220 1395</box>
text-block: 2019年，广东省律师行业会同有关协会商会，加强涉外法律服务对接合作。其间，省律… <box>1004 1074 1226 1143</box>
notice-body: 黄俊：本院受理某小额贷款有限公司诉你借款合同纠纷一案，依法向你公告送达起诉状副本… <box>758 1854 986 1910</box>
text: 2022年，该协会成立广东涉外律师公益法律服务团，组织3批共6家律师事务所涉外律… <box>1246 636 1469 736</box>
issuing-court: 江苏省丰县人民法院 <box>30 1934 258 1945</box>
text-block: 2021年，广东省律师协会与省司法厅、省商务厅联合开展“以法惠企、粤行越稳”涉外… <box>1246 429 1469 635</box>
notice-text: 本院受理史建红诉你、润鑫建设集团有限公司、丰县住房和城乡建设局、第三人南京秀宇劳… <box>270 1989 500 2067</box>
text-block: 2020年8月，按照省司法厅、省工业和信息化厅部署要求，广东省律师协会印发《关于… <box>760 936 981 1039</box>
notice-text: 本院受理某商贸有限公司诉你买卖合同纠纷一案已审理终结，现依法向你公告送达民事判决… <box>1003 1786 1224 1841</box>
notice-body: 吴海波：本院受理王芳诉你离婚纠纷一案已审理终结，依法向你公告送达民事判决书，自公… <box>758 2046 986 2091</box>
notice-body: 王海峰：本院受理东台市农村商业银行股份有限公司诉你金融借款合同纠纷一案已审理终结… <box>1248 1922 1469 1990</box>
text-block: 2021年，广东省律师行业党委、广东省律师协会推动建立“千所联千会”“一所惠十企… <box>1004 440 1226 698</box>
photo-caption: 6月16日，第三届广东企业法律服务论坛在佛山市举办。图为开幕式现场。 <box>54 765 416 781</box>
weekday: 星期三 <box>97 199 132 215</box>
issuing-court: 江苏省丰县人民法院 <box>270 1978 500 1989</box>
text: 为加强廉洁文化建设，教育引导税务干部学廉、思廉、守廉，近日，国家税务总局唐山市汉… <box>997 1545 1220 1727</box>
text-block: 广东某企业拟在某国绿地投资项目中通过交易取得当地土地所有权，实现投资建厂、运营生… <box>1004 764 1226 919</box>
issuing-court: 江苏省南京市江宁区人民法院 <box>758 1978 986 1989</box>
article-column: 本报讯为做好青少年毒品预防教育工作，近日，广东省深圳市龙岗区南湾街道禁毒委在南岭… <box>1243 1545 1468 1731</box>
notice-body: 曹巧云：本院受理江苏泰兴农村商业银行股份有限公司根思支行诉你金融借款合同纠纷一案… <box>270 2080 500 2148</box>
court-notice: 吴海波：本院受理王芳诉你离婚纠纷一案已审理终结，依法向你公告送达民事判决书，自公… <box>758 2046 986 2102</box>
text: 据了解，2018年11月，佛山市律师行业在开展服务民营企业“法治体检”专项活动过… <box>273 824 493 1010</box>
headline-text: 靖江税务开展“走流程、听建议”税费服务体验活动 <box>1033 1218 1471 1246</box>
notice-party: 王海峰： <box>1248 1922 1282 1932</box>
lead-kicker: 广东律师行业助力一流营商环境建设 <box>30 281 1240 319</box>
court-notice: 李建辉：本院受理孟祥平与你买卖合同纠纷一案，依法向你公告送达起诉状副本、开庭传票… <box>30 1945 258 2024</box>
text: “近年来，税务部门积极开辟出口退税‘绿色通道’，保障出口退税受理、审核、复核、审… <box>1243 1244 1468 1350</box>
issuing-court: 江苏省丰县人民法院 <box>30 2013 258 2024</box>
text: 事后“民评”，矛盾纠纷化解后，由群众评议员对调解结果进行评议，并定期回访当事人，… <box>760 1340 976 1400</box>
text: 其间，服务团聚焦民营企业法律需求，为其出具“法治体检”报告，帮助企业防范法律风险… <box>517 859 737 1011</box>
issuing-court: 浙江省嘉兴市南湖区人民法院 <box>515 1910 744 1921</box>
text-block: 6月16日，由广东省律师协会主办，佛山市律师协会承办的第三届广东企业法律服务论坛… <box>32 806 250 978</box>
notice-text: 本院受理董卫东、倪子男诉江苏鼎航建设工程有限公司、你、丰县应急管理局建设工程合同… <box>270 1910 500 1976</box>
